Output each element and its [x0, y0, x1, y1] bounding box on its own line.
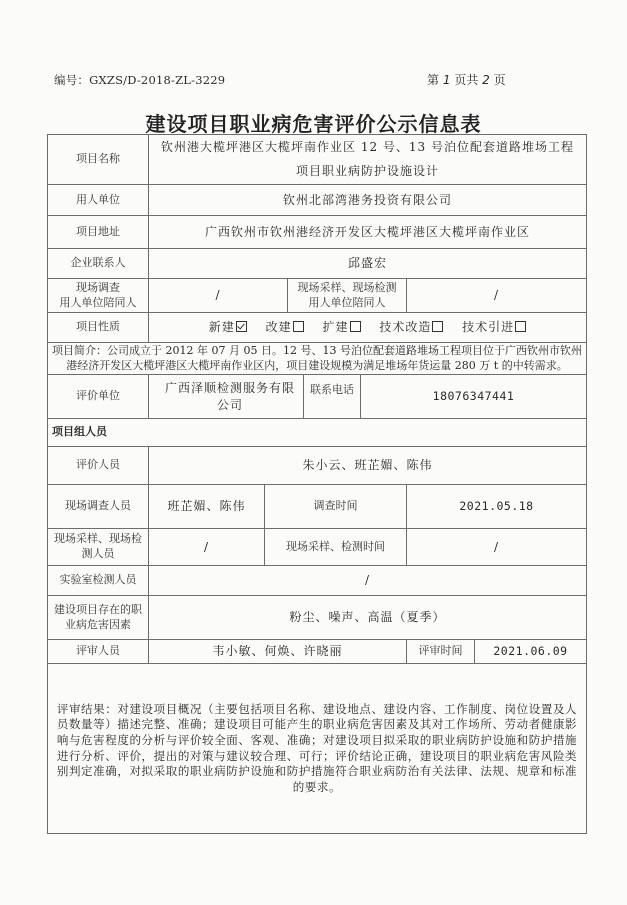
nature-label: 项目性质 — [48, 313, 149, 343]
lab-staff-value: / — [149, 566, 587, 596]
nature-options: 新建 改建 扩建 技术改造 技术引进 — [149, 313, 587, 343]
row-lab: 实验室检测人员 / — [48, 566, 587, 596]
row-survey: 现场调查人员 班芷媚、陈伟 调查时间 2021.05.18 — [48, 485, 587, 529]
contact-label: 企业联系人 — [48, 249, 149, 279]
checkbox-icon[interactable] — [293, 321, 304, 332]
sampling-staff-value: / — [149, 529, 265, 566]
row-reviewers: 评审人员 韦小敏、何焕、许晓丽 评审时间 2021.06.09 — [48, 640, 587, 664]
nature-option-rebuild[interactable]: 改建 — [266, 319, 304, 335]
project-name-value: 钦州港大榄坪港区大榄坪南作业区 12 号、13 号泊位配套道路堆场工程 项目职业… — [149, 135, 587, 185]
sampling-staff-label-2: 测人员 — [52, 547, 144, 562]
nature-option-expand[interactable]: 扩建 — [322, 319, 360, 335]
address-label: 项目地址 — [48, 216, 149, 249]
nature-option-tech-import-label: 技术引进 — [462, 320, 514, 334]
review-time-label: 评审时间 — [407, 640, 475, 664]
survey-accompany-label-2: 用人单位陪同人 — [52, 296, 144, 311]
phone-label: 联系电话 — [304, 375, 361, 419]
page-title: 建设项目职业病危害评价公示信息表 — [0, 108, 627, 137]
row-team-section: 项目组人员 — [48, 419, 587, 447]
nature-option-tech-upgrade-label: 技术改造 — [379, 320, 431, 334]
review-result: 评审结果：对建设项目概况（主要包括项目名称、建设地点、建设内容、工作制度、岗位设… — [48, 664, 587, 834]
row-result: 评审结果：对建设项目概况（主要包括项目名称、建设地点、建设内容、工作制度、岗位设… — [48, 664, 587, 834]
document-number: 编号：GXZS/D-2018-ZL-3229 — [54, 72, 225, 88]
reviewers-value: 韦小敏、何焕、许晓丽 — [149, 640, 407, 664]
evaluator-label: 评价单位 — [48, 375, 149, 419]
lab-staff-label: 实验室检测人员 — [48, 566, 149, 596]
nature-option-tech-upgrade[interactable]: 技术改造 — [379, 319, 443, 335]
page-prefix: 第 — [427, 73, 439, 87]
assessors-label: 评价人员 — [48, 447, 149, 485]
project-name-line1: 钦州港大榄坪港区大榄坪南作业区 12 号、13 号泊位配套道路堆场工程 — [153, 136, 582, 159]
project-name-line2: 项目职业病防护设施设计 — [153, 160, 582, 183]
checkbox-icon[interactable] — [350, 321, 361, 332]
page-current: 1 — [443, 73, 451, 87]
sampling-accompany-label-1: 现场采样、现场检测 — [292, 281, 402, 296]
nature-option-new[interactable]: 新建 — [209, 319, 247, 335]
row-project-name: 项目名称 钦州港大榄坪港区大榄坪南作业区 12 号、13 号泊位配套道路堆场工程… — [48, 135, 587, 185]
checkbox-icon[interactable] — [432, 321, 443, 332]
page-indicator: 第 1 页共 2 页 — [427, 71, 506, 88]
hazards-value: 粉尘、噪声、高温（夏季） — [149, 596, 587, 640]
evaluator-value: 广西泽顺检测服务有限公司 — [149, 375, 304, 419]
employer-label: 用人单位 — [48, 185, 149, 216]
nature-option-expand-label: 扩建 — [322, 320, 348, 334]
row-employer: 用人单位 钦州北部湾港务投资有限公司 — [48, 185, 587, 216]
reviewers-label: 评审人员 — [48, 640, 149, 664]
project-name-label: 项目名称 — [48, 135, 149, 185]
review-time-value: 2021.06.09 — [475, 640, 587, 664]
nature-option-new-label: 新建 — [209, 320, 235, 334]
row-hazards: 建设项目存在的职 业病危害因素 粉尘、噪声、高温（夏季） — [48, 596, 587, 640]
page-total: 2 — [482, 73, 490, 87]
row-sampling: 现场采样、现场检 测人员 / 现场采样、检测时间 / — [48, 529, 587, 566]
survey-time-label: 调查时间 — [265, 485, 407, 529]
survey-accompany-label-1: 现场调查 — [52, 281, 144, 296]
survey-time-value: 2021.05.18 — [407, 485, 587, 529]
hazards-label-1: 建设项目存在的职 — [52, 603, 144, 618]
sampling-staff-label: 现场采样、现场检 测人员 — [48, 529, 149, 566]
survey-staff-label: 现场调查人员 — [48, 485, 149, 529]
row-evaluator: 评价单位 广西泽顺检测服务有限公司 联系电话 18076347441 — [48, 375, 587, 419]
page-middle: 页共 — [454, 73, 478, 87]
survey-accompany-label: 现场调查 用人单位陪同人 — [48, 279, 149, 313]
checkbox-checked-icon[interactable] — [236, 321, 247, 332]
employer-value: 钦州北部湾港务投资有限公司 — [149, 185, 587, 216]
address-value: 广西钦州市钦州港经济开发区大榄坪港区大榄坪南作业区 — [149, 216, 587, 249]
row-assessors: 评价人员 朱小云、班芷媚、陈伟 — [48, 447, 587, 485]
page-suffix: 页 — [494, 73, 506, 87]
survey-accompany-value: / — [149, 279, 288, 313]
phone-value: 18076347441 — [361, 375, 587, 419]
contact-value: 邱盛宏 — [149, 249, 587, 279]
row-accompany: 现场调查 用人单位陪同人 / 现场采样、现场检测 用人单位陪同人 / — [48, 279, 587, 313]
nature-option-rebuild-label: 改建 — [266, 320, 292, 334]
hazards-label-2: 业病危害因素 — [52, 618, 144, 633]
info-table: 项目名称 钦州港大榄坪港区大榄坪南作业区 12 号、13 号泊位配套道路堆场工程… — [47, 134, 587, 834]
row-address: 项目地址 广西钦州市钦州港经济开发区大榄坪港区大榄坪南作业区 — [48, 216, 587, 249]
sampling-accompany-label: 现场采样、现场检测 用人单位陪同人 — [288, 279, 407, 313]
row-summary: 项目简介：公司成立于 2012 年 07 月 05 日。12 号、13 号泊位配… — [48, 343, 587, 375]
project-summary: 项目简介：公司成立于 2012 年 07 月 05 日。12 号、13 号泊位配… — [48, 343, 587, 375]
survey-staff-value: 班芷媚、陈伟 — [149, 485, 265, 529]
sampling-accompany-value: / — [407, 279, 587, 313]
assessors-value: 朱小云、班芷媚、陈伟 — [149, 447, 587, 485]
row-project-nature: 项目性质 新建 改建 扩建 技术改造 技术引进 — [48, 313, 587, 343]
nature-option-tech-import[interactable]: 技术引进 — [462, 319, 526, 335]
sampling-staff-label-1: 现场采样、现场检 — [52, 532, 144, 547]
sampling-accompany-label-2: 用人单位陪同人 — [292, 296, 402, 311]
sampling-time-value: / — [407, 529, 587, 566]
row-contact: 企业联系人 邱盛宏 — [48, 249, 587, 279]
hazards-label: 建设项目存在的职 业病危害因素 — [48, 596, 149, 640]
sampling-time-label: 现场采样、检测时间 — [265, 529, 407, 566]
checkbox-icon[interactable] — [515, 321, 526, 332]
team-section-heading: 项目组人员 — [48, 419, 587, 447]
